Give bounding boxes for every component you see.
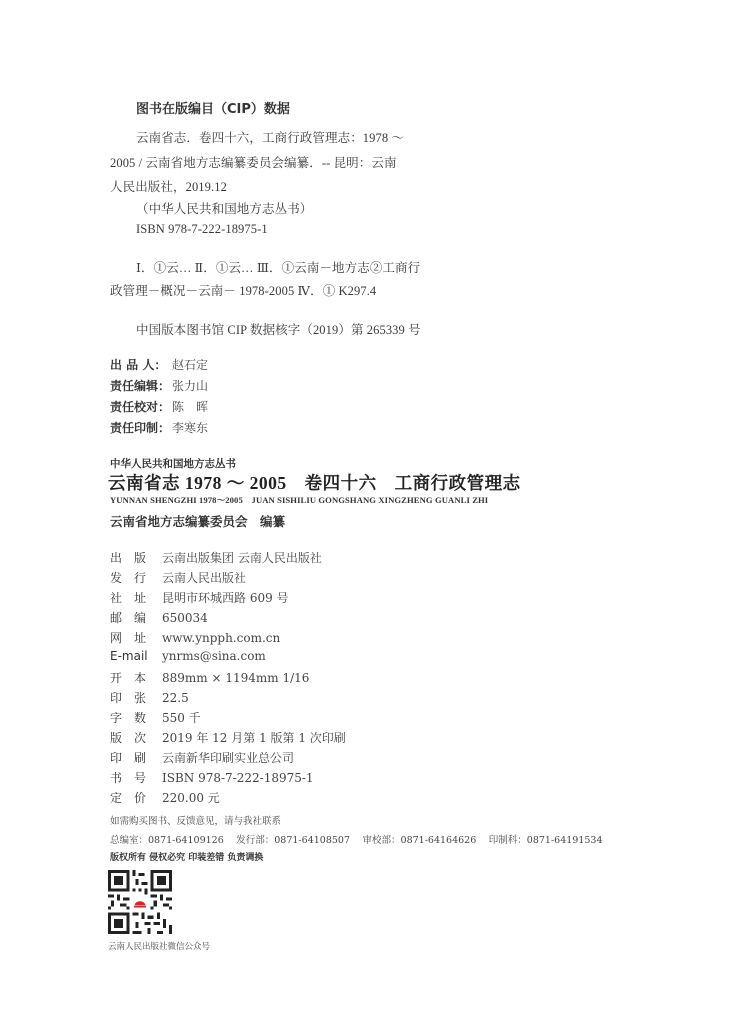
pub-label: 邮 编 [110, 609, 162, 626]
pub-label: 开 本 [110, 669, 162, 686]
email-link[interactable]: ynrms@sina.com [162, 649, 266, 663]
pub-value: 云南出版集团 云南人民出版社 [162, 551, 322, 565]
cip-line: 云南省志．卷四十六，工商行政管理志：1978 ～ [136, 128, 404, 146]
pub-value: ISBN 978-7-222-18975-1 [162, 771, 314, 785]
pub-row-edition: 版 次2019 年 12 月第 1 版第 1 次印刷 [110, 729, 346, 746]
pub-value: 650034 [162, 611, 208, 625]
pub-row-printer: 印 刷云南新华印刷实业总公司 [110, 749, 294, 766]
compiler: 云南省地方志编纂委员会 编纂 [110, 512, 285, 530]
staff-value: 李寒东 [172, 421, 208, 435]
staff-label: 责任印制： [110, 419, 172, 436]
pub-row-publisher: 出 版云南出版集团 云南人民出版社 [110, 549, 322, 566]
contact-intro: 如需购买图书、反馈意见，请与我社联系 [110, 813, 281, 827]
staff-row-printing: 责任印制：李寒东 [110, 419, 208, 436]
cip-line: 2005 / 云南省地方志编纂委员会编纂．-- 昆明：云南 [110, 153, 397, 171]
series-name: 中华人民共和国地方志丛书 [110, 456, 236, 471]
isbn-line: ISBN 978-7-222-18975-1 [136, 222, 268, 237]
pub-row-wordcount: 字 数550 千 [110, 709, 201, 726]
pub-label: 印 张 [110, 689, 162, 706]
pub-value: 昆明市环城西路 609 号 [162, 591, 289, 605]
pub-label: 社 址 [110, 589, 162, 606]
cip-line: 人民出版社，2019.12 [110, 177, 227, 195]
cip-heading: 图书在版编目（CIP）数据 [136, 98, 290, 117]
pub-label: 版 次 [110, 729, 162, 746]
pub-label: E-mail [110, 649, 162, 663]
pub-label: 印 刷 [110, 749, 162, 766]
pub-row-postcode: 邮 编650034 [110, 609, 208, 626]
pub-row-price: 定 价220.00 元 [110, 789, 220, 806]
pub-value: 550 千 [162, 711, 201, 725]
pub-label: 网 址 [110, 629, 162, 646]
pub-value: 889mm × 1194mm 1/16 [162, 671, 309, 685]
pub-label: 定 价 [110, 789, 162, 806]
classification-line: 政管理－概况－云南－ 1978-2005 Ⅳ．① K297.4 [110, 281, 376, 299]
staff-label: 责任校对： [110, 398, 172, 415]
staff-value: 陈 晖 [172, 400, 208, 414]
contact-phones: 总编室：0871-64109126 发行部：0871-64108507 审校部：… [110, 832, 603, 846]
website-link[interactable]: www.ynpph.com.cn [162, 631, 280, 645]
staff-value: 赵石定 [172, 358, 208, 372]
book-title-english: YUNNAN SHENGZHI 1978～2005 JUAN SISHILIU … [110, 494, 488, 506]
staff-row-editor: 责任编辑：张力山 [110, 377, 208, 394]
pub-row-website: 网 址www.ynpph.com.cn [110, 629, 280, 646]
pub-row-distributor: 发 行云南人民出版社 [110, 569, 246, 586]
pub-value: 云南人民出版社 [162, 571, 246, 585]
qr-code-icon[interactable] [108, 870, 172, 934]
staff-label: 出 品 人： [110, 356, 172, 373]
staff-row-producer: 出 品 人：赵石定 [110, 356, 208, 373]
pub-value: 云南新华印刷实业总公司 [162, 751, 294, 765]
pub-row-address: 社 址昆明市环城西路 609 号 [110, 589, 289, 606]
pub-row-email: E-mailynrms@sina.com [110, 649, 266, 663]
rights-notice: 版权所有 侵权必究 印装差错 负责调换 [110, 850, 263, 863]
pub-label: 发 行 [110, 569, 162, 586]
staff-value: 张力山 [172, 379, 208, 393]
pub-value: 22.5 [162, 691, 189, 705]
pub-value: 2019 年 12 月第 1 版第 1 次印刷 [162, 731, 346, 745]
pub-label: 书 号 [110, 769, 162, 786]
cip-verification: 中国版本图书馆 CIP 数据核字（2019）第 265339 号 [136, 320, 421, 338]
classification-line: Ⅰ．①云… Ⅱ．①云… Ⅲ．①云南－地方志②工商行 [136, 258, 420, 276]
cip-line: （中华人民共和国地方志丛书） [136, 199, 312, 217]
staff-row-proofreader: 责任校对：陈 晖 [110, 398, 208, 415]
pub-label: 字 数 [110, 709, 162, 726]
book-title: 云南省志 1978 ～ 2005 卷四十六 工商行政管理志 [108, 470, 521, 495]
pub-row-isbn: 书 号ISBN 978-7-222-18975-1 [110, 769, 314, 786]
pub-value: 220.00 元 [162, 791, 220, 805]
qr-caption: 云南人民出版社微信公众号 [108, 940, 210, 952]
pub-row-format: 开 本889mm × 1194mm 1/16 [110, 669, 309, 686]
pub-row-sheets: 印 张22.5 [110, 689, 189, 706]
staff-label: 责任编辑： [110, 377, 172, 394]
pub-label: 出 版 [110, 549, 162, 566]
